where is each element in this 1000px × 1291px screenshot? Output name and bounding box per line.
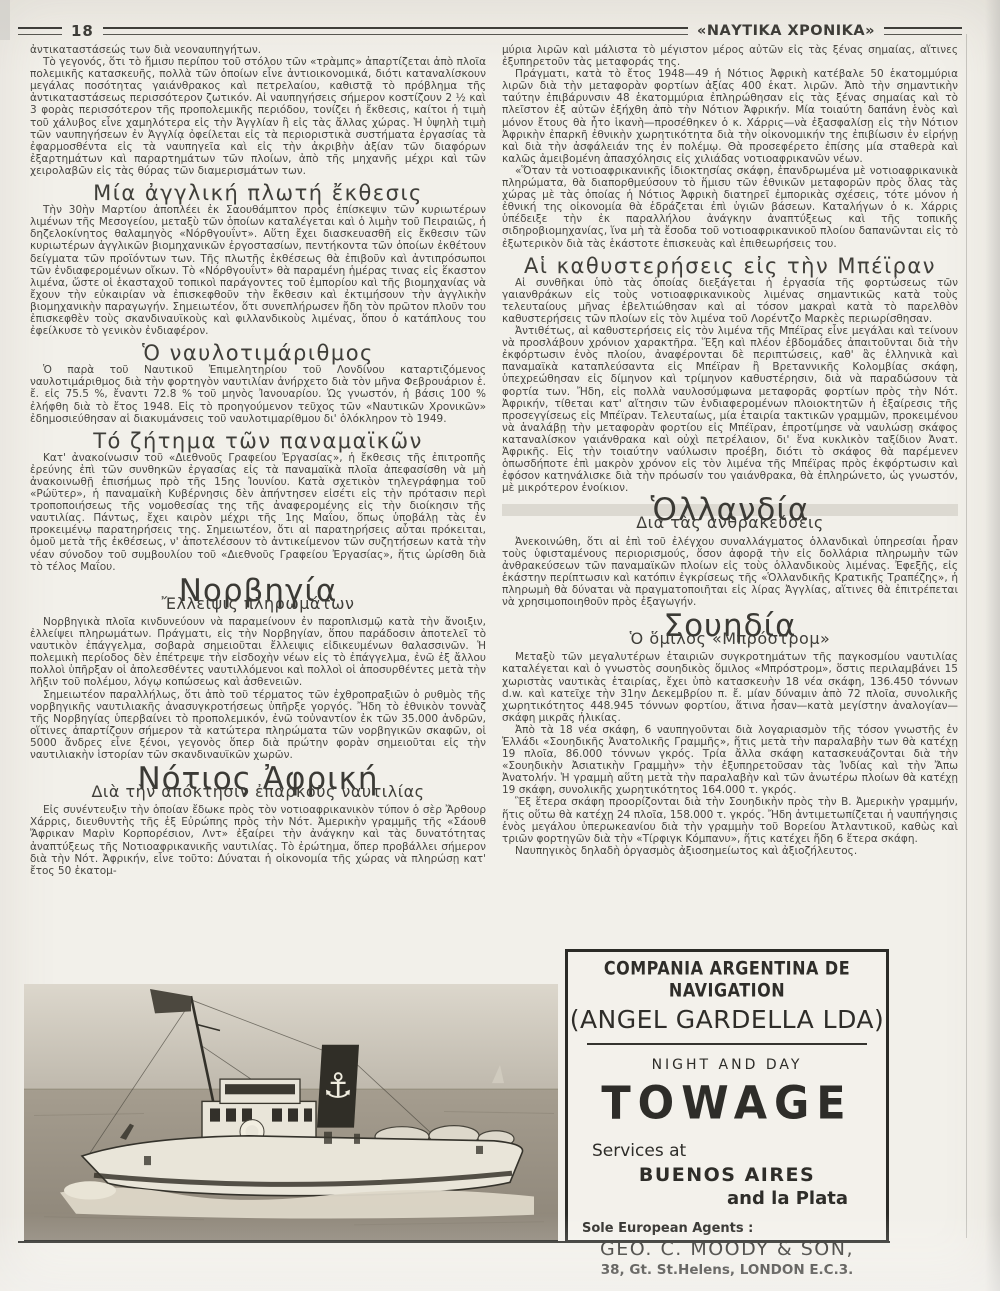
- bow-wave: [64, 1181, 116, 1199]
- anchor-icon: ⚓: [323, 1066, 353, 1106]
- advert-subname: (ANGEL GARDELLA LDA): [568, 1005, 886, 1034]
- paragraph: Κατ' ἀνακοίνωσιν τοῦ «Διεθνοῦς Γραφείου …: [30, 452, 486, 573]
- paragraph: Τὸ γεγονός, ὅτι τὸ ἥμισυ περίπου τοῦ στό…: [30, 56, 486, 177]
- tugboat-photo: ⚓: [24, 984, 558, 1243]
- paragraph: Ἀντιθέτως, αἱ καθυστερήσεις εἰς τὸν λιμέ…: [502, 325, 958, 494]
- advert-divider: [587, 1043, 867, 1045]
- paragraph: Ὁ παρὰ τοῦ Ναυτικοῦ Ἐπιμελητηρίου τοῦ Λο…: [30, 364, 486, 424]
- paragraph: Ἓξ ἕτερα σκάφη προορίζονται διὰ τὴν Σουη…: [502, 796, 958, 844]
- paragraph: Ναυπηγικὸς δηλαδὴ ὀργασμὸς ἀξιοσημείωτος…: [502, 845, 958, 857]
- section-subtitle-brostrom-group: Ὁ ὅμιλος «Μπρόστρομ»: [502, 633, 958, 645]
- paragraph: Αἱ συνθῆκαι ὑπὸ τὰς ὁποίας διεξάγεται ἡ …: [502, 277, 958, 325]
- paragraph: Πράγματι, κατὰ τὸ ἔτος 1948—49 ἡ Νότιος …: [502, 68, 958, 165]
- header-rule-middle: [103, 27, 688, 35]
- paragraph: Εἰς συνέντευξιν τὴν ὁποίαν ἔδωκε πρὸς τὸ…: [30, 804, 486, 877]
- left-column: ἀντικαταστάσεώς των διὰ νεοναυπηγήτων. Τ…: [30, 44, 486, 982]
- paragraph: Ἀνεκοινώθη, ὅτι αἱ ἐπὶ τοῦ ἐλέγχου συναλ…: [502, 536, 958, 609]
- paragraph: Σημειωτέον παραλλήλως, ὅτι ἀπὸ τοῦ τέρμα…: [30, 689, 486, 762]
- section-title-floating-exhibition: Μία ἀγγλική πλωτή ἔκθεσις: [30, 187, 486, 199]
- advert-port-la-plata: and la Plata: [568, 1188, 886, 1209]
- header-rule-left: [18, 27, 62, 35]
- bottom-rule: [18, 1241, 890, 1243]
- section-subtitle-adequate-shipping: Διὰ τὴν ἀπόκτησιν ἐπαρκοῦς ναυτιλίας: [30, 786, 486, 798]
- advert-company-name: COMPANIA ARGENTINA DE NAVIGATION: [568, 957, 886, 1001]
- magazine-page: 18 «ΝΑΥΤΙΚΑ ΧΡΟΝΙΚΑ» ἀντικαταστάσεώς των…: [0, 0, 1000, 1291]
- advert-tagline: NIGHT AND DAY: [568, 1057, 886, 1073]
- section-title-freight-index: Ὁ ναυλοτιμάριθμος: [30, 347, 486, 359]
- page-number: 18: [71, 22, 94, 40]
- sky: [24, 984, 558, 1089]
- continuation-paragraph: μύρια λιρῶν καὶ μάλιστα τὸ μέγιστον μέρο…: [502, 44, 958, 68]
- header-rule-right: [884, 27, 962, 35]
- right-column: μύρια λιρῶν καὶ μάλιστα τὸ μέγιστον μέρο…: [502, 44, 958, 946]
- advert-agent-address: 38, Gt. St.Helens, LONDON E.C.3.: [568, 1262, 886, 1278]
- advert-service-name: TOWAGE: [568, 1078, 886, 1131]
- towage-advert: COMPANIA ARGENTINA DE NAVIGATION (ANGEL …: [565, 949, 889, 1243]
- page-edge-shadow: [985, 0, 1000, 1291]
- paragraph: «Ὅταν τὰ νοτιοαφρικανικῆς ἰδιοκτησίας σκ…: [502, 165, 958, 250]
- advert-services-at: Services at: [568, 1141, 886, 1161]
- section-subtitle-crew-shortage: Ἔλλειψις πληρωμάτων: [30, 598, 486, 610]
- advert-port-buenos-aires: BUENOS AIRES: [568, 1164, 886, 1186]
- tugboat-illustration: ⚓: [24, 984, 558, 1240]
- right-margin-line: [966, 34, 967, 1238]
- section-title-panamanian-question: Τό ζήτημα τῶν παναμαϊκῶν: [30, 435, 486, 447]
- section-title-beira-delays: Αἱ καθυστερήσεις εἰς τὴν Μπέϊραν: [502, 260, 958, 272]
- continuation-paragraph: ἀντικαταστάσεώς των διὰ νεοναυπηγήτων.: [30, 44, 486, 56]
- scan-smudge: [0, 0, 10, 40]
- paragraph: Ἀπὸ τὰ 18 νέα σκάφη, 6 ναυπηγοῦνται διὰ …: [502, 724, 958, 797]
- advert-agents-label: Sole European Agents :: [568, 1221, 886, 1236]
- paragraph: Νορβηγικὰ πλοῖα κινδυνεύουν νὰ παραμείνο…: [30, 616, 486, 689]
- section-subtitle-bunkering: Διὰ τὰς ἀνθρακεύσεις: [502, 517, 958, 529]
- page-header: 18 «ΝΑΥΤΙΚΑ ΧΡΟΝΙΚΑ»: [18, 22, 962, 40]
- masthead-title: «ΝΑΥΤΙΚΑ ΧΡΟΝΙΚΑ»: [697, 23, 875, 39]
- paragraph: Τὴν 30ὴν Μαρτίου ἀποπλέει ἐκ Σαουθάμπτον…: [30, 204, 486, 337]
- paragraph: Μεταξὺ τῶν μεγαλυτέρων ἑταιριῶν συγκροτη…: [502, 651, 958, 724]
